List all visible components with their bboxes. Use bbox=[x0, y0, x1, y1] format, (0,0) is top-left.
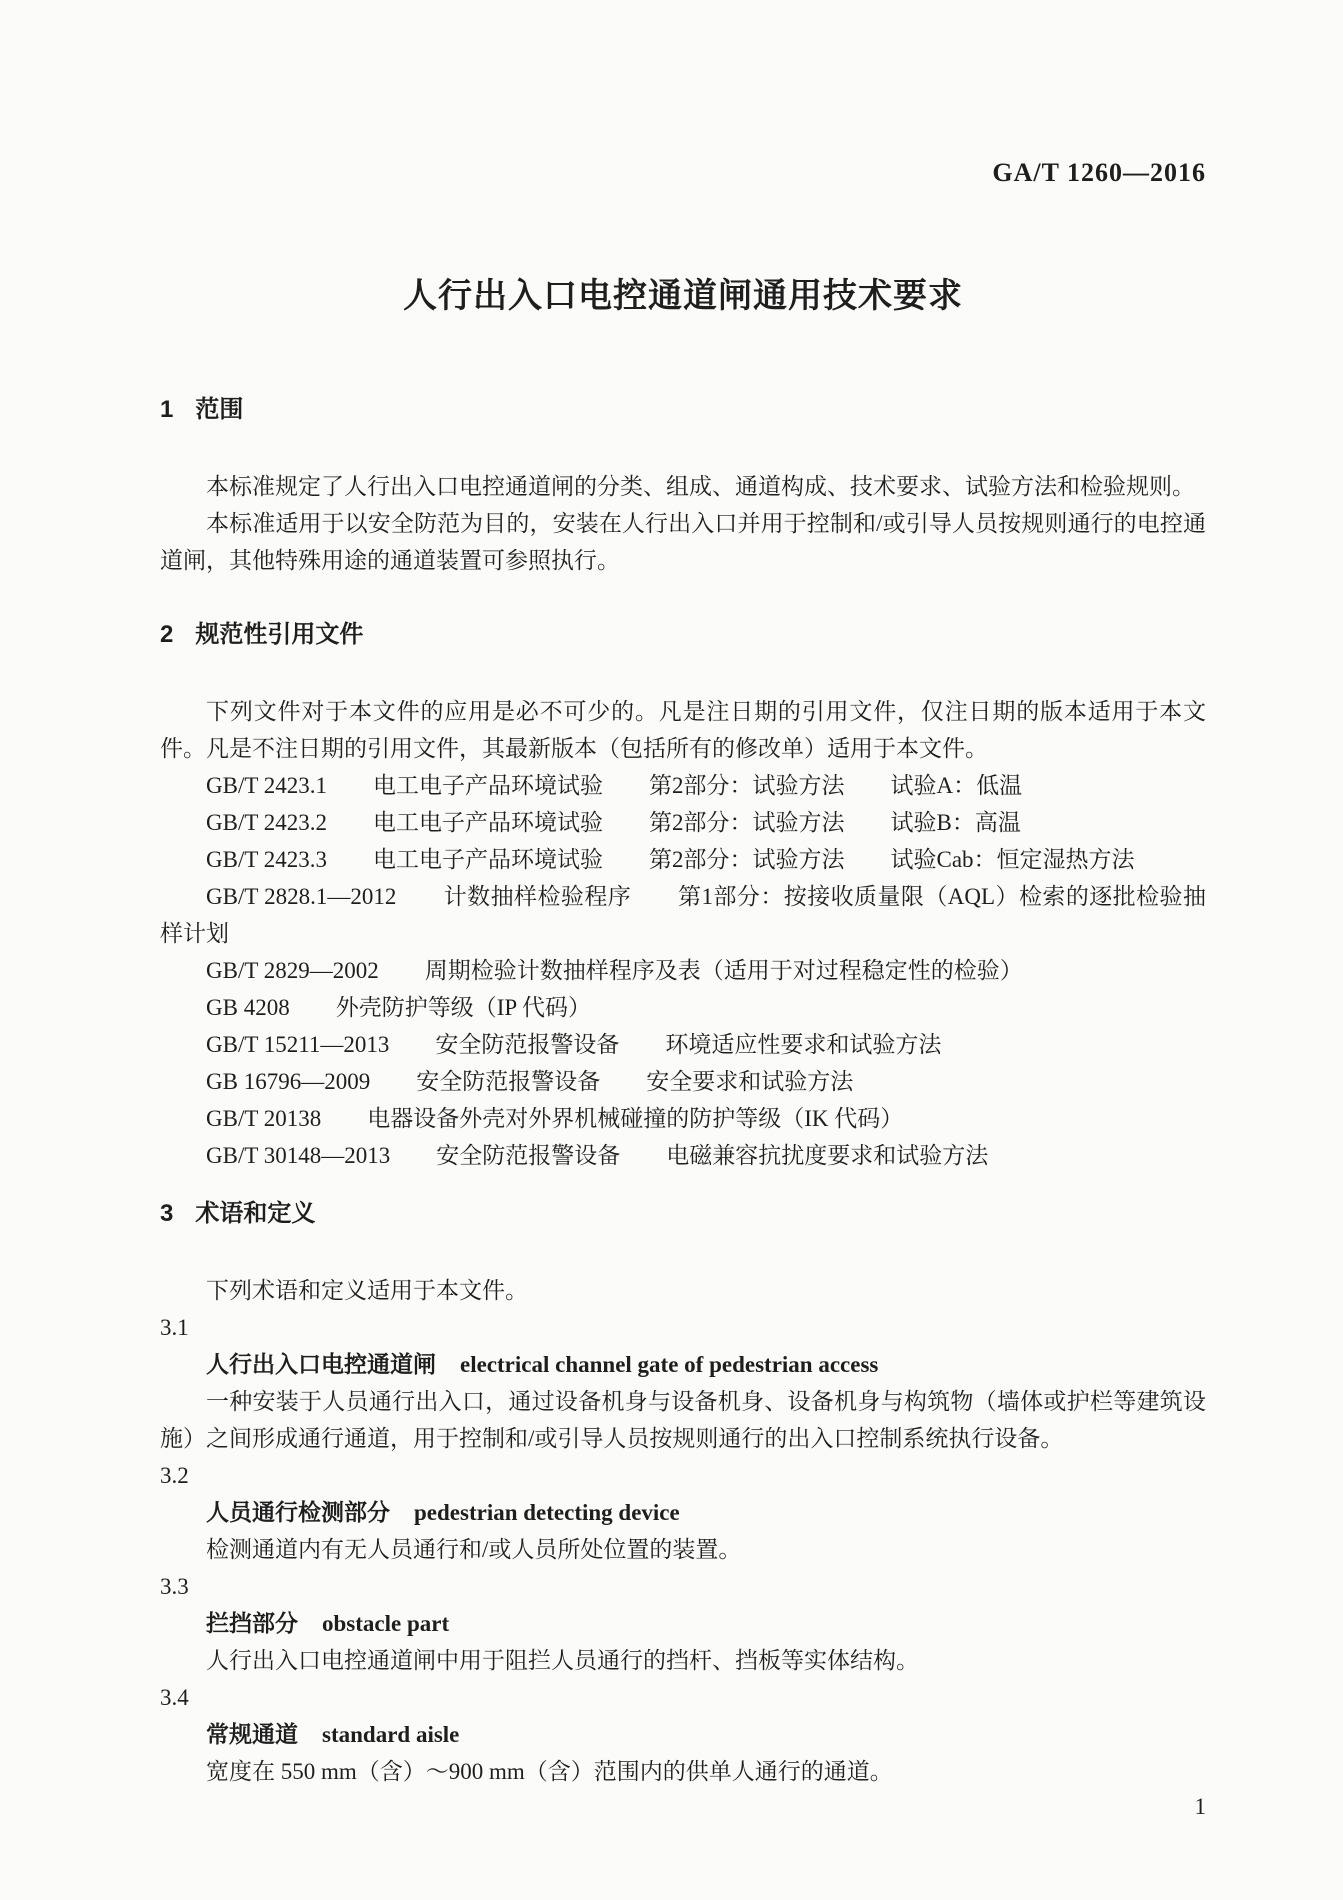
reference-item: GB 16796—2009 安全防范报警设备 安全要求和试验方法 bbox=[160, 1063, 1206, 1100]
term-name-zh: 常规通道 bbox=[206, 1721, 298, 1747]
reference-item: GB/T 2828.1—2012 计数抽样检验程序 第1部分：按接收质量限（AQ… bbox=[160, 878, 1206, 952]
section-3-label: 术语和定义 bbox=[195, 1200, 315, 1227]
term-name: 人员通行检测部分pedestrian detecting device bbox=[160, 1494, 1206, 1531]
section-3-body: 下列术语和定义适用于本文件。 3.1 人行出入口电控通道闸electrical … bbox=[160, 1272, 1206, 1790]
reference-item: GB/T 2423.1 电工电子产品环境试验 第2部分：试验方法 试验A：低温 bbox=[160, 767, 1206, 804]
reference-item: GB/T 15211—2013 安全防范报警设备 环境适应性要求和试验方法 bbox=[160, 1026, 1206, 1063]
reference-item: GB/T 30148—2013 安全防范报警设备 电磁兼容抗扰度要求和试验方法 bbox=[160, 1137, 1206, 1174]
term-definition: 检测通道内有无人员通行和/或人员所处位置的装置。 bbox=[160, 1531, 1206, 1568]
reference-item: GB/T 20138 电器设备外壳对外界机械碰撞的防护等级（IK 代码） bbox=[160, 1100, 1206, 1137]
reference-item: GB 4208 外壳防护等级（IP 代码） bbox=[160, 989, 1206, 1026]
section-2-body: 下列文件对于本文件的应用是必不可少的。凡是注日期的引用文件，仅注日期的版本适用于… bbox=[160, 693, 1206, 1174]
term-number: 3.1 bbox=[160, 1309, 1206, 1346]
term-name-en: electrical channel gate of pedestrian ac… bbox=[460, 1352, 878, 1377]
section-1-number: 1 bbox=[160, 394, 173, 426]
references-intro: 下列文件对于本文件的应用是必不可少的。凡是注日期的引用文件，仅注日期的版本适用于… bbox=[160, 693, 1206, 767]
term-name: 拦挡部分obstacle part bbox=[160, 1605, 1206, 1642]
term-name-en: obstacle part bbox=[322, 1611, 449, 1636]
term-name-en: pedestrian detecting device bbox=[414, 1500, 680, 1525]
term-definition: 一种安装于人员通行出入口，通过设备机身与设备机身、设备机身与构筑物（墙体或护栏等… bbox=[160, 1383, 1206, 1457]
section-1-label: 范围 bbox=[195, 396, 243, 423]
reference-item: GB/T 2423.2 电工电子产品环境试验 第2部分：试验方法 试验B：高温 bbox=[160, 804, 1206, 841]
term-name: 人行出入口电控通道闸electrical channel gate of ped… bbox=[160, 1346, 1206, 1383]
term-name-zh: 人行出入口电控通道闸 bbox=[206, 1351, 436, 1377]
term-name-zh: 拦挡部分 bbox=[206, 1610, 298, 1636]
section-2-heading: 2规范性引用文件 bbox=[160, 619, 1206, 651]
document-page: GA/T 1260—2016 人行出入口电控通道闸通用技术要求 1范围 本标准规… bbox=[0, 0, 1343, 1900]
term-number: 3.2 bbox=[160, 1457, 1206, 1494]
section-2-number: 2 bbox=[160, 619, 173, 651]
term-definition: 宽度在 550 mm（含）～900 mm（含）范围内的供单人通行的通道。 bbox=[160, 1753, 1206, 1790]
doc-number: GA/T 1260—2016 bbox=[160, 158, 1206, 188]
page-number: 1 bbox=[160, 1792, 1206, 1822]
page-content: GA/T 1260—2016 人行出入口电控通道闸通用技术要求 1范围 本标准规… bbox=[160, 158, 1206, 1822]
paragraph: 本标准适用于以安全防范为目的，安装在人行出入口并用于控制和/或引导人员按规则通行… bbox=[160, 505, 1206, 579]
reference-item: GB/T 2423.3 电工电子产品环境试验 第2部分：试验方法 试验Cab：恒… bbox=[160, 841, 1206, 878]
paragraph: 本标准规定了人行出入口电控通道闸的分类、组成、通道构成、技术要求、试验方法和检验… bbox=[160, 468, 1206, 505]
reference-list: GB/T 2423.1 电工电子产品环境试验 第2部分：试验方法 试验A：低温 … bbox=[160, 767, 1206, 1174]
term-name: 常规通道standard aisle bbox=[160, 1716, 1206, 1753]
section-1-heading: 1范围 bbox=[160, 394, 1206, 426]
term-name-zh: 人员通行检测部分 bbox=[206, 1499, 390, 1525]
term-definition: 人行出入口电控通道闸中用于阻拦人员通行的挡杆、挡板等实体结构。 bbox=[160, 1642, 1206, 1679]
terms-intro: 下列术语和定义适用于本文件。 bbox=[160, 1272, 1206, 1309]
doc-title: 人行出入口电控通道闸通用技术要求 bbox=[160, 274, 1206, 318]
term-number: 3.4 bbox=[160, 1679, 1206, 1716]
section-3-heading: 3术语和定义 bbox=[160, 1198, 1206, 1230]
section-1-body: 本标准规定了人行出入口电控通道闸的分类、组成、通道构成、技术要求、试验方法和检验… bbox=[160, 468, 1206, 579]
term-name-en: standard aisle bbox=[322, 1722, 459, 1747]
section-3-number: 3 bbox=[160, 1198, 173, 1230]
reference-item: GB/T 2829—2002 周期检验计数抽样程序及表（适用于对过程稳定性的检验… bbox=[160, 952, 1206, 989]
section-2-label: 规范性引用文件 bbox=[195, 621, 363, 648]
term-number: 3.3 bbox=[160, 1568, 1206, 1605]
